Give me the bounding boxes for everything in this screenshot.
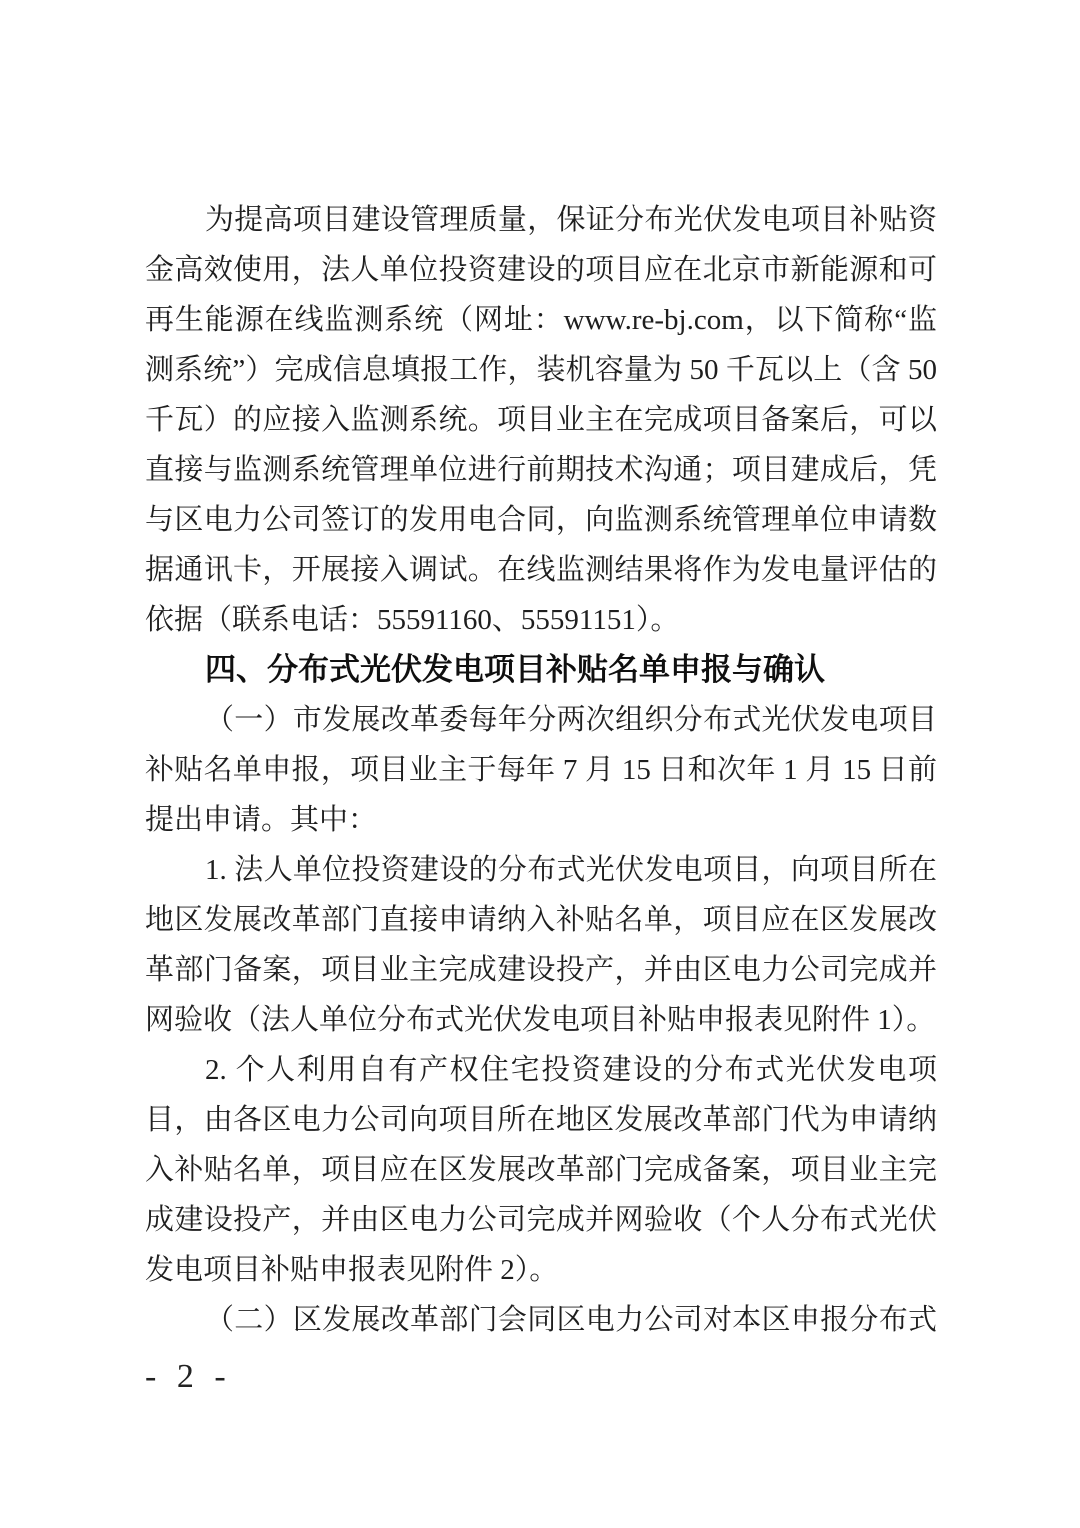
section-heading-line: 四、分布式光伏发电项目补贴名单申报与确认 (145, 645, 937, 695)
text-line: 测系统”）完成信息填报工作，装机容量为 50 千瓦以上（含 50 (145, 345, 937, 395)
text-line: 地区发展改革部门直接申请纳入补贴名单，项目应在区发展改 (145, 895, 937, 945)
text-line: 金高效使用，法人单位投资建设的项目应在北京市新能源和可 (145, 245, 937, 295)
text-line: 革部门备案，项目业主完成建设投产，并由区电力公司完成并 (145, 945, 937, 995)
text-line: 补贴名单申报，项目业主于每年 7 月 15 日和次年 1 月 15 日前 (145, 745, 937, 795)
district-review-paragraph: （二）区发展改革部门会同区电力公司对本区申报分布式 (145, 1295, 937, 1345)
page-number: - 2 - (145, 1352, 232, 1402)
text-line: 千瓦）的应接入监测系统。项目业主在完成项目备案后，可以 (145, 395, 937, 445)
text-line: 直接与监测系统管理单位进行前期技术沟通；项目建成后，凭 (145, 445, 937, 495)
text-line: 依据（联系电话：55591160、55591151）。 (145, 595, 937, 645)
text-line: 目，由各区电力公司向项目所在地区发展改革部门代为申请纳 (145, 1095, 937, 1145)
text-line: 入补贴名单，项目应在区发展改革部门完成备案，项目业主完 (145, 1145, 937, 1195)
text-line: 成建设投产，并由区电力公司完成并网验收（个人分布式光伏 (145, 1195, 937, 1245)
individual-projects-paragraph: 2. 个人利用自有产权住宅投资建设的分布式光伏发电项 目，由各区电力公司向项目所… (145, 1045, 937, 1295)
document-text-block: 为提高项目建设管理质量，保证分布光伏发电项目补贴资 金高效使用，法人单位投资建设… (145, 195, 937, 1345)
text-line: 发电项目补贴申报表见附件 2）。 (145, 1245, 937, 1295)
text-line: 提出申请。其中： (145, 795, 937, 845)
text-line: （一）市发展改革委每年分两次组织分布式光伏发电项目 (145, 695, 937, 745)
monitoring-system-paragraph: 为提高项目建设管理质量，保证分布光伏发电项目补贴资 金高效使用，法人单位投资建设… (145, 195, 937, 645)
text-line: 据通讯卡，开展接入调试。在线监测结果将作为发电量评估的 (145, 545, 937, 595)
application-schedule-paragraph: （一）市发展改革委每年分两次组织分布式光伏发电项目 补贴名单申报，项目业主于每年… (145, 695, 937, 845)
text-line: 与区电力公司签订的发用电合同，向监测系统管理单位申请数 (145, 495, 937, 545)
section-four-heading: 四、分布式光伏发电项目补贴名单申报与确认 (145, 645, 937, 695)
text-line: （二）区发展改革部门会同区电力公司对本区申报分布式 (145, 1295, 937, 1345)
text-line: 再生能源在线监测系统（网址：www.re-bj.com，以下简称“监 (145, 295, 937, 345)
text-line: 为提高项目建设管理质量，保证分布光伏发电项目补贴资 (145, 195, 937, 245)
legal-entity-projects-paragraph: 1. 法人单位投资建设的分布式光伏发电项目，向项目所在 地区发展改革部门直接申请… (145, 845, 937, 1045)
text-line: 1. 法人单位投资建设的分布式光伏发电项目，向项目所在 (145, 845, 937, 895)
text-line: 2. 个人利用自有产权住宅投资建设的分布式光伏发电项 (145, 1045, 937, 1095)
document-page: 为提高项目建设管理质量，保证分布光伏发电项目补贴资 金高效使用，法人单位投资建设… (0, 0, 1080, 1528)
text-line: 网验收（法人单位分布式光伏发电项目补贴申报表见附件 1）。 (145, 995, 937, 1045)
